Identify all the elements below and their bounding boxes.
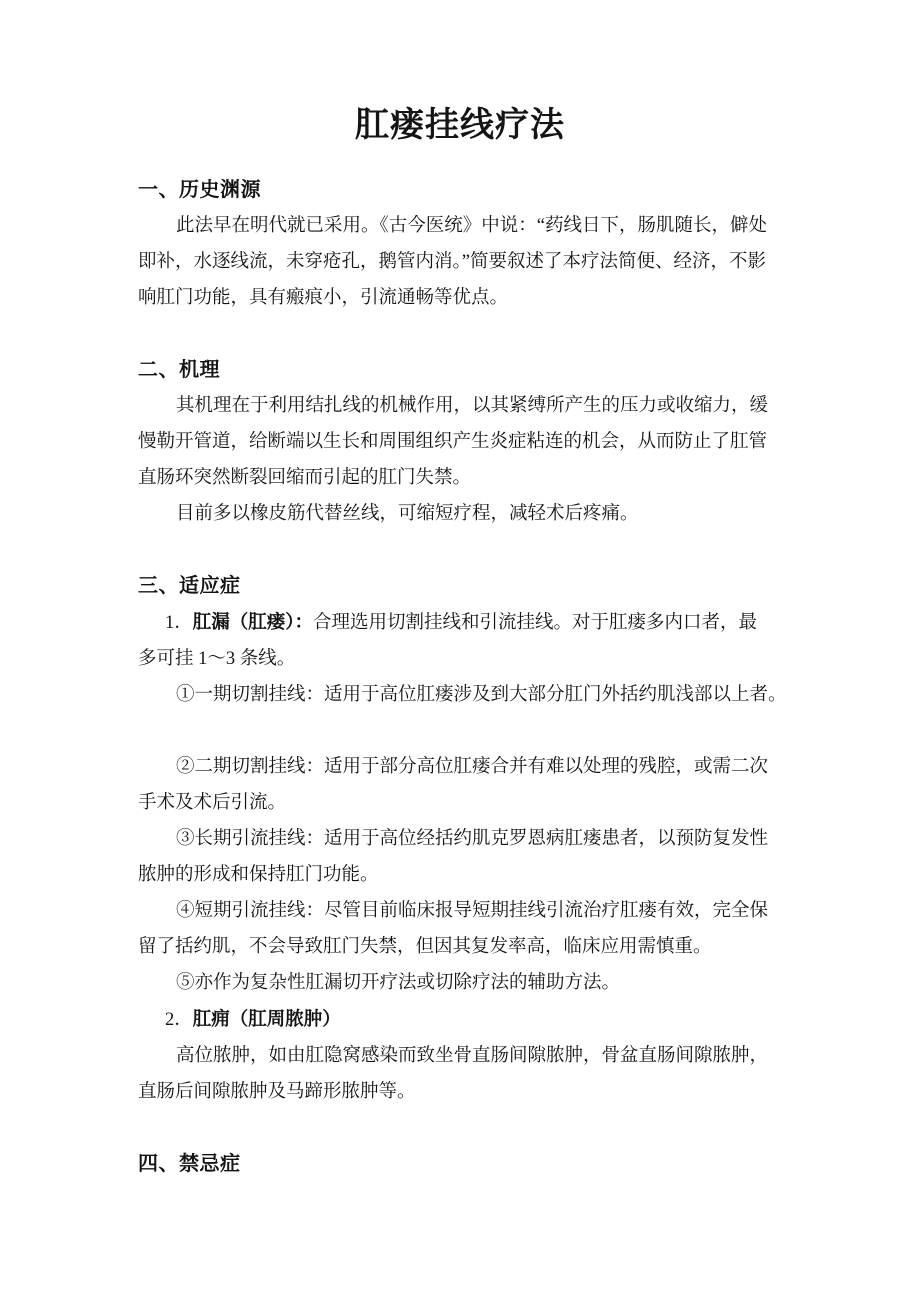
blank-line xyxy=(138,532,920,568)
text-line: 2．肛痈（肛周脓肿） xyxy=(138,1001,920,1038)
text-line: 此法早在明代就已采用。《古今医统》中说：“药线日下，肠肌随长，僻处 xyxy=(138,208,920,244)
paragraph: 其机理在于利用结扎线的机械作用，以其紧缚所产生的压力或收缩力，缓慢勒开管道，给断… xyxy=(138,388,920,496)
text-line: 直肠环突然断裂回缩而引起的肛门失禁。 xyxy=(138,460,920,496)
section-heading: 二、机理 xyxy=(138,352,920,388)
text-line: 直肠后间隙脓肿及马蹄形脓肿等。 xyxy=(138,1074,920,1110)
text-line: 慢勒开管道，给断端以生长和周围组织产生炎症粘连的机会，从而防止了肛管 xyxy=(138,424,920,460)
text-line: 其机理在于利用结扎线的机械作用，以其紧缚所产生的压力或收缩力，缓 xyxy=(138,388,920,424)
text-line: 响肛门功能，具有瘢痕小，引流通畅等优点。 xyxy=(138,280,920,316)
blank-line xyxy=(138,1110,920,1146)
text-line: 脓肿的形成和保持肛门功能。 xyxy=(138,857,920,893)
section-heading: 一、历史渊源 xyxy=(138,172,920,208)
text-line: ②二期切割挂线：适用于部分高位肛瘘合并有难以处理的残腔，或需二次 xyxy=(138,749,920,785)
paragraph: ④短期引流挂线：尽管目前临床报导短期挂线引流治疗肛瘘有效，完全保留了括约肌，不会… xyxy=(138,893,920,965)
text-line: ⑤亦作为复杂性肛漏切开疗法或切除疗法的辅助方法。 xyxy=(138,965,920,1001)
document-title: 肛瘘挂线疗法 xyxy=(138,102,782,150)
section-heading: 四、禁忌症 xyxy=(138,1146,920,1182)
text-line: 手术及术后引流。 xyxy=(138,785,920,821)
text-line: 目前多以橡皮筋代替丝线，可缩短疗程，减轻术后疼痛。 xyxy=(138,496,920,532)
text-line: ①一期切割挂线：适用于高位肛瘘涉及到大部分肛门外括约肌浅部以上者。 xyxy=(138,677,920,713)
text-line: 高位脓肿，如由肛隐窝感染而致坐骨直肠间隙脓肿，骨盆直肠间隙脓肿， xyxy=(138,1038,920,1074)
paragraph: ⑤亦作为复杂性肛漏切开疗法或切除疗法的辅助方法。 xyxy=(138,965,920,1001)
text-run: 1． xyxy=(165,613,193,633)
document-blocks: 一、历史渊源此法早在明代就已采用。《古今医统》中说：“药线日下，肠肌随长，僻处即… xyxy=(138,172,920,1182)
bold-text-run: 肛痈（肛周脓肿） xyxy=(193,1008,341,1029)
bold-text-run: 肛漏（肛瘘）： xyxy=(193,611,313,632)
paragraph: 1．肛漏（肛瘘）：合理选用切割挂线和引流挂线。对于肛瘘多内口者，最多可挂 1～3… xyxy=(138,604,920,677)
paragraph: ③长期引流挂线：适用于高位经括约肌克罗恩病肛瘘患者，以预防复发性脓肿的形成和保持… xyxy=(138,821,920,893)
text-line: 多可挂 1～3 条线。 xyxy=(138,641,920,677)
document-page: 肛瘘挂线疗法 一、历史渊源此法早在明代就已采用。《古今医统》中说：“药线日下，肠… xyxy=(0,0,920,1302)
paragraph: 此法早在明代就已采用。《古今医统》中说：“药线日下，肠肌随长，僻处即补，水逐线流… xyxy=(138,208,920,316)
paragraph: 目前多以橡皮筋代替丝线，可缩短疗程，减轻术后疼痛。 xyxy=(138,496,920,532)
text-run: 合理选用切割挂线和引流挂线。对于肛瘘多内口者，最 xyxy=(313,613,757,633)
text-line: 留了括约肌，不会导致肛门失禁，但因其复发率高，临床应用需慎重。 xyxy=(138,929,920,965)
section-heading: 三、适应症 xyxy=(138,568,920,604)
blank-line xyxy=(138,713,920,749)
blank-line xyxy=(138,316,920,352)
text-line: 即补，水逐线流，未穿疮孔，鹅管内消。”简要叙述了本疗法简便、经济，不影 xyxy=(138,244,920,280)
paragraph: 2．肛痈（肛周脓肿） xyxy=(138,1001,920,1038)
text-line: ④短期引流挂线：尽管目前临床报导短期挂线引流治疗肛瘘有效，完全保 xyxy=(138,893,920,929)
text-run: 2． xyxy=(165,1010,193,1030)
paragraph: ①一期切割挂线：适用于高位肛瘘涉及到大部分肛门外括约肌浅部以上者。 xyxy=(138,677,920,713)
text-line: ③长期引流挂线：适用于高位经括约肌克罗恩病肛瘘患者，以预防复发性 xyxy=(138,821,920,857)
document-content: 肛瘘挂线疗法 一、历史渊源此法早在明代就已采用。《古今医统》中说：“药线日下，肠… xyxy=(0,0,920,1182)
paragraph: ②二期切割挂线：适用于部分高位肛瘘合并有难以处理的残腔，或需二次手术及术后引流。 xyxy=(138,749,920,821)
text-line: 1．肛漏（肛瘘）：合理选用切割挂线和引流挂线。对于肛瘘多内口者，最 xyxy=(138,604,920,641)
paragraph: 高位脓肿，如由肛隐窝感染而致坐骨直肠间隙脓肿，骨盆直肠间隙脓肿，直肠后间隙脓肿及… xyxy=(138,1038,920,1110)
